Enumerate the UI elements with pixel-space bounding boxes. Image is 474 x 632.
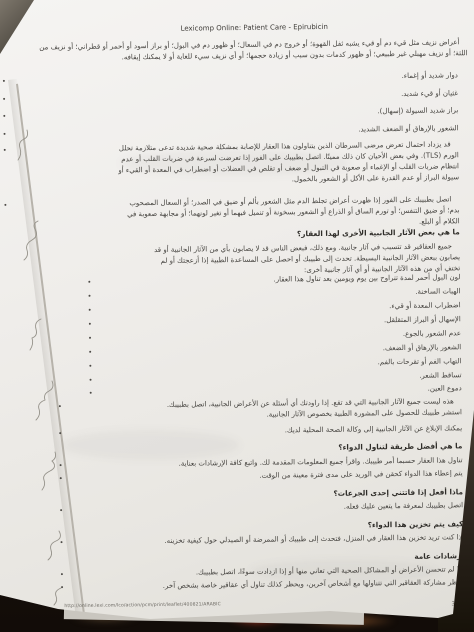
footer-source-url: http://online.lexi.com/lco/action/pcm/pr…	[64, 602, 221, 609]
section-heading-best-way: ما هي أفضل طريقة لتناول الدواء؟	[122, 440, 462, 455]
list-item-symptom: غثيان أو قيء شديد.	[118, 88, 458, 103]
bullet-dot	[89, 351, 91, 353]
bullet-dot	[61, 573, 63, 575]
paragraph-blood-clot-signs: اتصل بطبيبك على الفور إذا ظهرت أعراض تجل…	[117, 194, 459, 231]
paragraph-side-effects-outro: هذه ليست جميع الآثار الجانبية التي قد تق…	[152, 396, 462, 422]
bullet-dot	[59, 432, 61, 434]
bullet-dot	[88, 281, 90, 283]
section-heading-missed-dose: ماذا أفعل إذا فاتتني إحدى الجرعات؟	[123, 486, 463, 501]
bullet-dot	[61, 586, 63, 588]
list-item-missed-dose: اتصل بطبيبك لمعرفة ما يتعين عليك فعله.	[123, 500, 463, 515]
bullet-dot	[59, 405, 61, 407]
paragraph-bleeding-signs: أعراض نزيف مثل قيء دم أو قيء يشبه ثفل ال…	[23, 37, 467, 64]
list-item-best-way: يتم إعطاء هذا الدواء كحقن في الوريد على …	[123, 468, 463, 483]
bullet-dot	[4, 133, 6, 135]
list-item-symptom: دوار شديد أو إغماء.	[118, 70, 458, 85]
bullet-dot	[89, 365, 91, 367]
list-item-side-effect: الإسهال أو البراز المتقلقل.	[121, 314, 461, 329]
list-item-symptom: الشعور بالإرهاق أو الضعف الشديد.	[118, 123, 458, 138]
bullet-dot	[60, 509, 62, 511]
paper-sheet: 2018 Lexicomp Online: Patient Care - Epi…	[0, 0, 474, 632]
bullet-dot	[90, 392, 92, 394]
bullet-dot	[3, 115, 5, 117]
printed-text-layer: Lexicomp Online: Patient Care - Epirubic…	[0, 0, 474, 632]
paragraph-tumor-lysis-syndrome: قد يزداد احتمال تعرض مرضى السرطان الذين …	[117, 139, 460, 187]
list-item-side-effect: اضطراب المعدة أو قيء.	[121, 300, 461, 315]
section-heading-general-guidance: إرشادات عامة	[124, 550, 464, 565]
list-item-symptom: براز شديد السيولة (إسهال).	[118, 105, 458, 120]
paragraph-report-side-effects: يمكنك الإبلاغ عن الآثار الجانبية إلى وكا…	[152, 423, 462, 438]
bullet-dot	[89, 309, 91, 311]
list-item-side-effect: عدم الشعور بالجوع.	[121, 328, 461, 343]
bullet-dot	[90, 379, 92, 381]
bullet-dot	[4, 149, 6, 151]
bullet-dot	[3, 98, 5, 100]
list-item-storage: إذا كنت تريد تخزين هذا العقار في المنزل،…	[123, 532, 463, 547]
bullet-dot	[89, 323, 91, 325]
section-heading-storage: كيف يتم تخزين هذا الدواء؟	[123, 518, 463, 533]
list-item-side-effect: التهاب الفم أو تقرحات بالفم.	[121, 356, 461, 371]
list-item-side-effect: الهبات الساخنة.	[120, 286, 460, 301]
bullet-dot	[3, 80, 5, 82]
bullet-dot	[89, 295, 91, 297]
list-item-general: يحظر مشاركة العقاقير التي تتناولها مع أش…	[124, 577, 464, 592]
bullet-dot	[89, 337, 91, 339]
bullet-dot	[61, 541, 63, 543]
bullet-dot	[4, 204, 6, 206]
bullet-dot	[60, 477, 62, 479]
bullet-dot	[60, 464, 62, 466]
document-header: Lexicomp Online: Patient Care - Epirubic…	[57, 21, 451, 34]
list-item-side-effect: الشعور بالإرهاق أو الضعف.	[121, 342, 461, 357]
photographed-document-page: 2018 Lexicomp Online: Patient Care - Epi…	[0, 0, 474, 632]
